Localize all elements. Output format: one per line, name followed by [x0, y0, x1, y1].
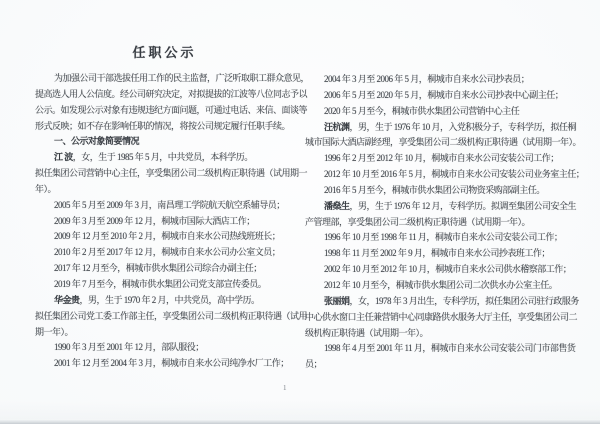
text-line: 1996 年 10 月至 1998 年 11 月，桐城市自来水公司安装公司工作； [305, 230, 585, 246]
text-line: 中心供水窗口主任兼营销中心同康路供水服务大厅主任，享受集团公司二 [305, 310, 585, 326]
text-line: 形式反映；如不存在影响任职的情况，将按公司规定履行任职手续。 [35, 119, 295, 135]
text-line: 2012 年 10 月至 2016 年 5 月，桐城市自来水公司安装公司业务室主… [305, 167, 585, 183]
text-line: 年）。 [35, 182, 295, 198]
text-line: 1996 年 2 月至 2012 年 10 月，桐城市自来水公司安装公司工作； [305, 151, 585, 167]
text-line: 为加强公司干部选拔任用工作的民主监督，广泛听取职工群众意见， [35, 71, 295, 87]
text-line: 华金贵，男，生于 1970 年 2 月，中共党员，高中学历。 [35, 293, 295, 309]
text-line: 江 波，女，生于 1985 年 5 月，中共党员，本科学历。 [35, 150, 295, 166]
text-line: 期一年）。 [35, 325, 295, 341]
text-line: 1998 年 4 月至 2001 年 11 月，桐城市自来水公司安装公司门市部售… [305, 341, 585, 357]
scan-bottom-edge [0, 419, 600, 424]
scan-smudge [0, 401, 600, 419]
text-line: 2019 年 7 月至今，桐城市供水集团公司党支部宣传委员。 [35, 277, 295, 293]
text-line: 拟任集团公司营销中心主任，享受集团公司二级机构正职待遇（试用期一 [35, 166, 295, 182]
text-line: 2004 年 3 月至 2006 年 5 月，桐城市自来水公司抄表员； [305, 72, 585, 88]
text-line: 张丽娟，女，1978 年 3 月出生，专科学历，拟任集团公司驻行政服务 [305, 294, 585, 310]
left-column: 为加强公司干部选拔任用工作的民主监督，广泛听取职工群众意见，提高选人用人公信度。… [35, 71, 295, 372]
text-line: 产管理部，享受集团公司二级机构正职待遇（试用期一年）。 [305, 215, 585, 231]
document-page: 任职公示 为加强公司干部选拔任用工作的民主监督，广泛听取职工群众意见，提高选人用… [0, 0, 600, 424]
person-name: 张丽娟 [324, 296, 350, 306]
person-name: 潘燊生 [324, 201, 350, 211]
text-line: 2010 年 2 月至 2017 年 12 月，桐城市自来水公司办公室文员； [35, 245, 295, 261]
text-line: 拟任集团公司党工委工作部主任，享受集团公司二级机构正职待遇（试用 [35, 309, 295, 325]
text-line: 级机构正职待遇（试用期一年）。 [305, 326, 585, 342]
text-line: 2009 年 12 月至 2010 年 2 月，桐城市自来水公司热线班班长； [35, 229, 295, 245]
text-line: 2006 年 5 月至 2020 年 5 月，桐城市自来水公司抄表中心副主任； [305, 88, 585, 104]
text-line: 2001 年 12 月至 2004 年 3 月，桐城市自来水公司纯净水厂工作； [35, 356, 295, 372]
text-line: 城市国际大酒店副经理，享受集团公司二级机构正职待遇（试用期一年）。 [305, 135, 585, 151]
text-line: 2005 年 5 月至 2009 年 3 月，南昌理工学院航天航空系辅导员； [35, 198, 295, 214]
text-line: 1998 年 11 月至 2002 年 9 月，桐城市自来水公司抄表班工作； [305, 246, 585, 262]
text-line: 2009 年 3 月至 2009 年 12 月，桐城市国际大酒店工作； [35, 214, 295, 230]
right-column: 2004 年 3 月至 2006 年 5 月，桐城市自来水公司抄表员；2006 … [305, 72, 585, 373]
text-line: 1990 年 3 月至 2001 年 12 月，部队服役； [35, 340, 295, 356]
text-line: 2012 年 10 月至今，桐城市供水集团公司二次供水办公室主任。 [305, 278, 585, 294]
person-name: 华金贵 [54, 295, 80, 305]
document-title: 任职公示 [35, 42, 294, 61]
text-line: 2017 年 12 月至今，桐城市供水集团公司综合办副主任； [35, 261, 295, 277]
person-name: 江 波 [54, 152, 73, 162]
text-line: 2016 年 5 月至今，桐城市供水集团公司物资采购部副主任。 [305, 183, 585, 199]
text-line: 公示。如发现公示对象有违规违纪方面问题，可通过电话、来信、面谈等 [35, 103, 295, 119]
text-line: 潘燊生，男，生于 1976 年 12 月，专科学历。拟调至集团公司安全生 [305, 199, 585, 215]
text-line: 2002 年 10 月至 2012 年 10 月，桐城市自来水公司供水稽察部工作… [305, 262, 585, 278]
text-line: 汪杭渊，男，生于 1976 年 10 月，入党积极分子，专科学历，拟任桐 [305, 120, 585, 136]
section-heading: 一、公示对象简要情况 [35, 134, 295, 150]
text-line: 员； [305, 357, 585, 373]
text-line: 提高选人用人公信度。经公司研究决定，对拟提拔的江波等八位同志予以 [35, 87, 295, 103]
page-number: 1 [283, 384, 287, 392]
text-line: 2020 年 5 月至今，桐城市供水集团公司营销中心主任 [305, 104, 585, 120]
person-name: 汪杭渊 [324, 122, 350, 132]
